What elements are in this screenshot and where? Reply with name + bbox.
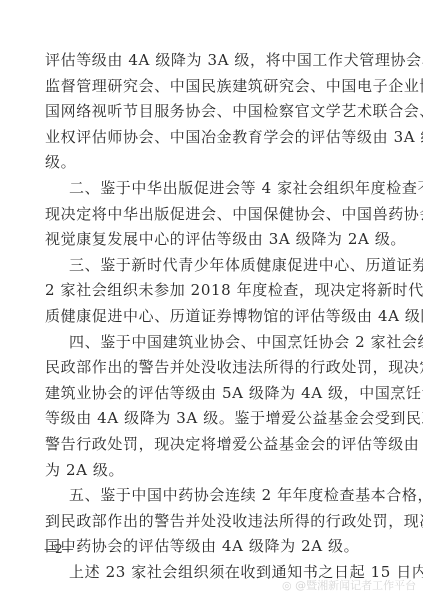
text-line: 国中药协会的评估等级由 4A 级降为 2A 级。 (45, 534, 381, 560)
text-line: 为 2A 级。 (45, 458, 381, 484)
text-line: 2 家社会组织未参加 2018 年度检查，现决定将新时代青少年体 (45, 278, 381, 304)
text-line: 民政部作出的警告并处没收违法所得的行政处罚，现决定将中国 (45, 355, 381, 381)
text-line: 等级由 4A 级降为 3A 级。鉴于增爱公益基金会受到民政部作出的 (45, 406, 381, 432)
watermark-text: @暨湘新闻记者工作平台 (295, 579, 416, 592)
text-line: 建筑业协会的评估等级由 5A 级降为 4A 级，中国烹饪协会的评估 (45, 381, 381, 407)
text-line: 国网络视听节目服务协会、中国检察官文学艺术联合会、中国矿 (45, 99, 381, 125)
text-line: 警告行政处罚，现决定将增爱公益基金会的评估等级由 3A 级降 (45, 432, 381, 458)
text-line: 五、鉴于中国中药协会连续 2 年年度检查基本合格，同时受 (45, 483, 381, 509)
weibo-logo-icon: ◎ (282, 579, 292, 592)
text-line: 级。 (45, 150, 381, 176)
text-line: 业权评估师协会、中国冶金教育学会的评估等级由 3A 级降为 2A (45, 125, 381, 151)
text-line: 现决定将中华出版促进会、中国保健协会、中国兽药协会、仲和 (45, 202, 381, 228)
watermark: ◎ @暨湘新闻记者工作平台 (282, 577, 416, 593)
text-line: 质健康促进中心、历道证券博物馆的评估等级由 4A 级降为 3A 级。 (45, 304, 381, 330)
text-line: 到民政部作出的警告并处没收违法所得的行政处罚，现决定将中 (45, 509, 381, 535)
text-line: 二、鉴于中华出版促进会等 4 家社会组织年度检查不合格， (45, 176, 381, 202)
page-number: —2— (44, 542, 73, 556)
text-line: 四、鉴于中国建筑业协会、中国烹饪协会 2 家社会组织受到 (45, 330, 381, 356)
document-page: 评估等级由 4A 级降为 3A 级，将中国工作犬管理协会、中国药品监督管理研究会… (45, 48, 381, 585)
text-line: 三、鉴于新时代青少年体质健康促进中心、历道证券博物馆 (45, 253, 381, 279)
text-line: 视觉康复发展中心的评估等级由 3A 级降为 2A 级。 (45, 227, 381, 253)
text-line: 监督管理研究会、中国民族建筑研究会、中国电子企业协会、中 (45, 74, 381, 100)
text-line: 评估等级由 4A 级降为 3A 级，将中国工作犬管理协会、中国药品 (45, 48, 381, 74)
